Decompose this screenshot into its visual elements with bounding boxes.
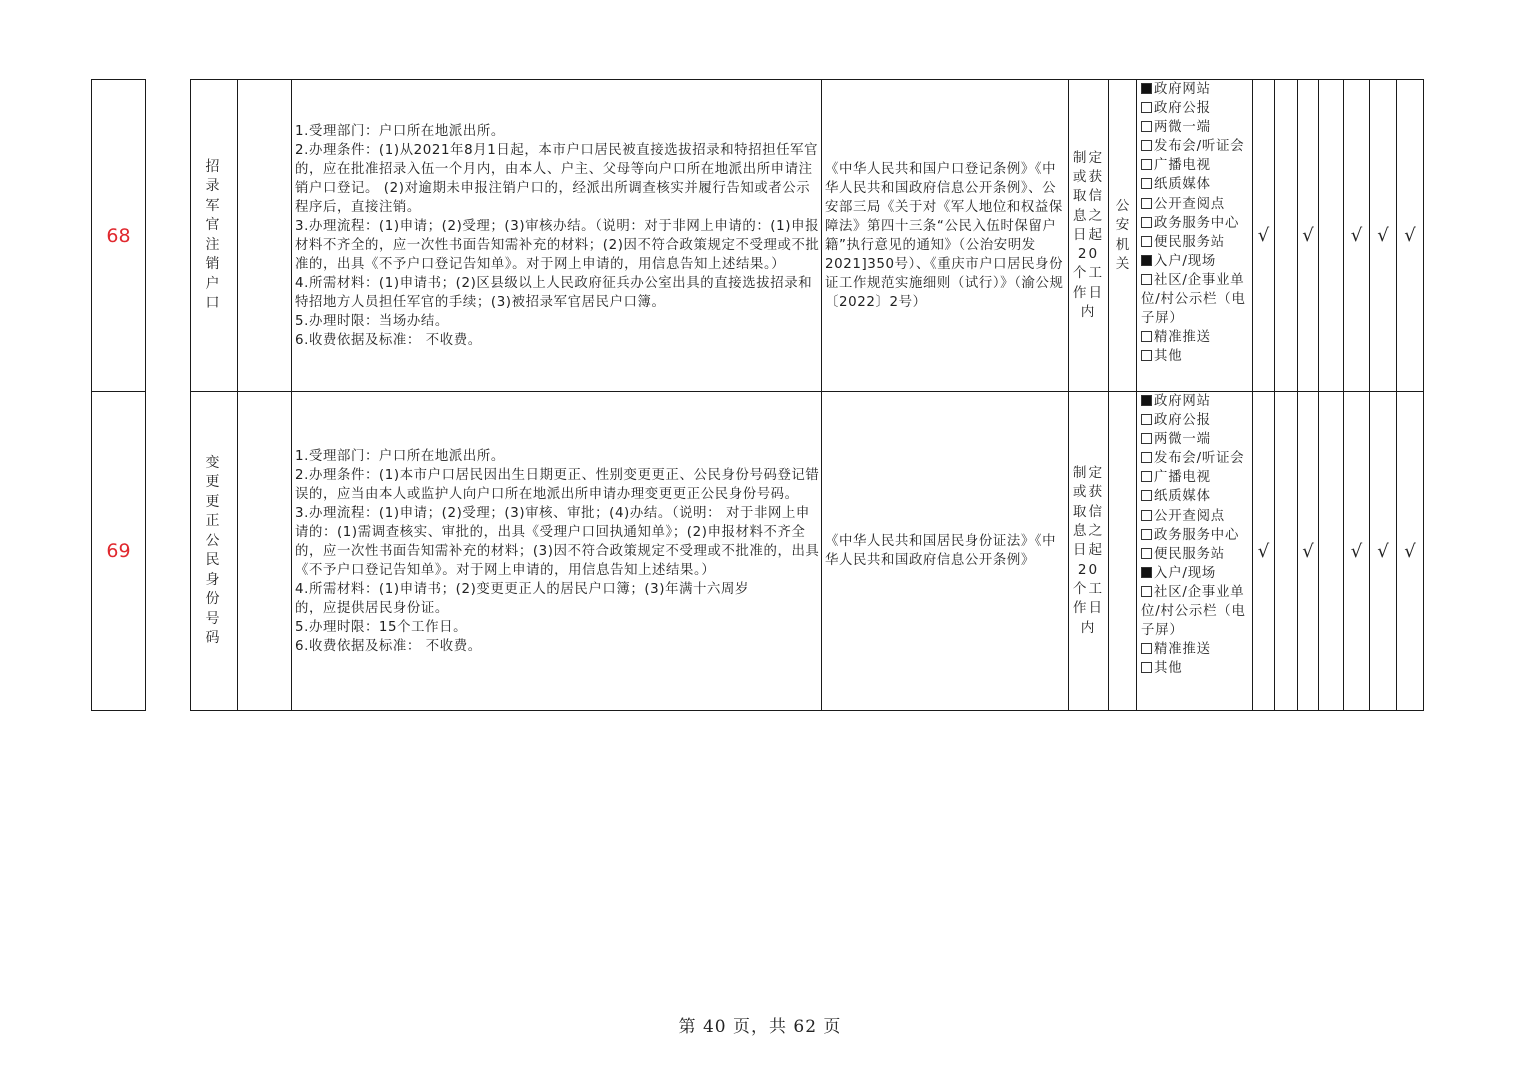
mark-cell [1318,391,1344,711]
check-mark-icon: √ [1258,541,1269,562]
channel-option: 广播电视 [1141,468,1252,487]
check-mark-icon: √ [1351,541,1362,562]
unchecked-box-icon [1141,471,1152,482]
channel-option: 公开查阅点 [1141,195,1252,214]
channel-option: 纸质媒体 [1141,487,1252,506]
content-cell: 1.受理部门：户口所在地派出所。 2.办理条件：(1)本市户口居民因出生日期更正… [291,391,822,711]
check-mark-icon: √ [1302,541,1313,562]
channel-label: 政府网站 [1154,394,1211,409]
mark-cell: √ [1252,391,1275,711]
channel-label: 精准推送 [1154,642,1211,657]
channel-label: 入户/现场 [1154,254,1216,269]
channel-option: 两微一端 [1141,118,1252,137]
channel-option: 政府网站 [1141,80,1252,99]
channel-label: 公开查阅点 [1154,197,1225,212]
channel-option: 政务服务中心 [1141,526,1252,545]
channel-option: 政府公报 [1141,99,1252,118]
channel-option: 社区/企事业单位/村公示栏（电子屏） [1141,271,1252,328]
check-mark-icon: √ [1351,225,1362,246]
mark-cell [1318,79,1344,392]
check-mark-icon: √ [1404,225,1415,246]
channel-label: 纸质媒体 [1154,177,1211,192]
channel-option: 便民服务站 [1141,233,1252,252]
check-mark-icon: √ [1302,225,1313,246]
empty-column-cell [145,79,191,392]
mark-cell: √ [1343,79,1370,392]
unchecked-box-icon [1141,274,1152,285]
unchecked-box-icon [1141,490,1152,501]
legal-basis: 《中华人民共和国户口登记条例》《中华人民共和国政府信息公开条例》、公安部三局《关… [825,160,1066,312]
channel-label: 两微一端 [1154,120,1211,135]
unchecked-box-icon [1141,452,1152,463]
unchecked-box-icon [1141,178,1152,189]
mark-cell: √ [1369,391,1397,711]
blank-cell [237,79,292,392]
unchecked-box-icon [1141,350,1152,361]
channel-label: 精准推送 [1154,330,1211,345]
row-index-cell: 69 [91,391,146,711]
unchecked-box-icon [1141,159,1152,170]
channel-option: 其他 [1141,659,1252,678]
channel-option: 政府网站 [1141,392,1252,411]
mark-cell [1274,391,1298,711]
channel-label: 两微一端 [1154,432,1211,447]
unchecked-box-icon [1141,548,1152,559]
channel-label: 政务服务中心 [1154,528,1239,543]
channel-option: 公开查阅点 [1141,507,1252,526]
checked-box-icon [1141,395,1152,406]
mark-cell [1274,79,1298,392]
channel-option: 发布会/听证会 [1141,449,1252,468]
checked-box-icon [1141,83,1152,94]
checked-box-icon [1141,567,1152,578]
channel-label: 发布会/听证会 [1154,139,1244,154]
check-mark-icon: √ [1258,225,1269,246]
channel-label: 便民服务站 [1154,235,1225,250]
item-name-cell: 变更更正公民身份号码 [190,391,238,711]
channel-label: 政府网站 [1154,82,1211,97]
blank-cell [237,391,292,711]
legal-basis: 《中华人民共和国居民身份证法》《中华人民共和国政府信息公开条例》 [825,532,1066,570]
channel-label: 广播电视 [1154,470,1211,485]
basis-cell: 《中华人民共和国户口登记条例》《中华人民共和国政府信息公开条例》、公安部三局《关… [821,79,1069,392]
channel-option: 精准推送 [1141,640,1252,659]
channel-option: 精准推送 [1141,328,1252,347]
check-mark-icon: √ [1377,225,1388,246]
item-name-cell: 招录军官注销户口 [190,79,238,392]
deadline-cell: 制定或获取信息之日起20个工作日内 [1068,391,1109,711]
channel-label: 政府公报 [1154,413,1211,428]
channel-option: 社区/企事业单位/村公示栏（电子屏） [1141,583,1252,640]
deadline: 制定或获取信息之日起20个工作日内 [1073,464,1105,638]
channel-option: 广播电视 [1141,156,1252,175]
channel-label: 社区/企事业单位/村公示栏（电子屏） [1141,585,1246,638]
mark-cell: √ [1396,391,1424,711]
channel-label: 政务服务中心 [1154,216,1239,231]
mark-cell: √ [1252,79,1275,392]
mark-cell: √ [1297,79,1319,392]
mark-cell: √ [1297,391,1319,711]
channel-label: 纸质媒体 [1154,489,1211,504]
channels-cell: 政府网站政府公报两微一端发布会/听证会广播电视纸质媒体公开查阅点政务服务中心便民… [1136,391,1253,711]
item-content: 1.受理部门：户口所在地派出所。 2.办理条件：(1)从2021年8月1日起，本… [295,122,821,350]
publishing-subject: 公安机关 [1115,197,1131,274]
subject-cell: 公安机关 [1108,79,1137,392]
unchecked-box-icon [1141,236,1152,247]
channel-label: 入户/现场 [1154,566,1216,581]
deadline-cell: 制定或获取信息之日起20个工作日内 [1068,79,1109,392]
unchecked-box-icon [1141,217,1152,228]
channel-label: 广播电视 [1154,158,1211,173]
channel-option: 便民服务站 [1141,545,1252,564]
empty-column-cell [145,391,191,711]
unchecked-box-icon [1141,331,1152,342]
channel-option: 纸质媒体 [1141,175,1252,194]
channel-option: 两微一端 [1141,430,1252,449]
check-mark-icon: √ [1404,541,1415,562]
check-mark-icon: √ [1377,541,1388,562]
channel-label: 便民服务站 [1154,547,1225,562]
unchecked-box-icon [1141,121,1152,132]
checked-box-icon [1141,255,1152,266]
deadline: 制定或获取信息之日起20个工作日内 [1073,149,1105,323]
channel-label: 公开查阅点 [1154,509,1225,524]
channel-option: 发布会/听证会 [1141,137,1252,156]
unchecked-box-icon [1141,510,1152,521]
row-index: 68 [106,225,130,247]
unchecked-box-icon [1141,529,1152,540]
item-name: 招录军官注销户口 [199,158,229,314]
mark-cell: √ [1369,79,1397,392]
channel-label: 发布会/听证会 [1154,451,1244,466]
channel-option: 政府公报 [1141,411,1252,430]
channel-option: 其他 [1141,347,1252,366]
unchecked-box-icon [1141,140,1152,151]
content-cell: 1.受理部门：户口所在地派出所。 2.办理条件：(1)从2021年8月1日起，本… [291,79,822,392]
unchecked-box-icon [1141,643,1152,654]
channel-option: 入户/现场 [1141,252,1252,271]
unchecked-box-icon [1141,586,1152,597]
mark-cell: √ [1343,391,1370,711]
subject-cell [1108,391,1137,711]
unchecked-box-icon [1141,102,1152,113]
channel-option: 政务服务中心 [1141,214,1252,233]
mark-cell: √ [1396,79,1424,392]
channel-label: 其他 [1154,661,1182,676]
basis-cell: 《中华人民共和国居民身份证法》《中华人民共和国政府信息公开条例》 [821,391,1069,711]
item-content: 1.受理部门：户口所在地派出所。 2.办理条件：(1)本市户口居民因出生日期更正… [295,447,821,656]
unchecked-box-icon [1141,414,1152,425]
channel-label: 其他 [1154,349,1182,364]
channels-cell: 政府网站政府公报两微一端发布会/听证会广播电视纸质媒体公开查阅点政务服务中心便民… [1136,79,1253,392]
document-page: 68招录军官注销户口1.受理部门：户口所在地派出所。 2.办理条件：(1)从20… [0,0,1520,1074]
channel-label: 政府公报 [1154,101,1211,116]
unchecked-box-icon [1141,433,1152,444]
channel-label: 社区/企事业单位/村公示栏（电子屏） [1141,273,1246,326]
unchecked-box-icon [1141,662,1152,673]
item-name: 变更更正公民身份号码 [199,454,229,649]
row-index-cell: 68 [91,79,146,392]
channel-option: 入户/现场 [1141,564,1252,583]
unchecked-box-icon [1141,198,1152,209]
page-footer: 第 40 页，共 62 页 [0,1012,1520,1037]
row-index: 69 [106,540,130,562]
